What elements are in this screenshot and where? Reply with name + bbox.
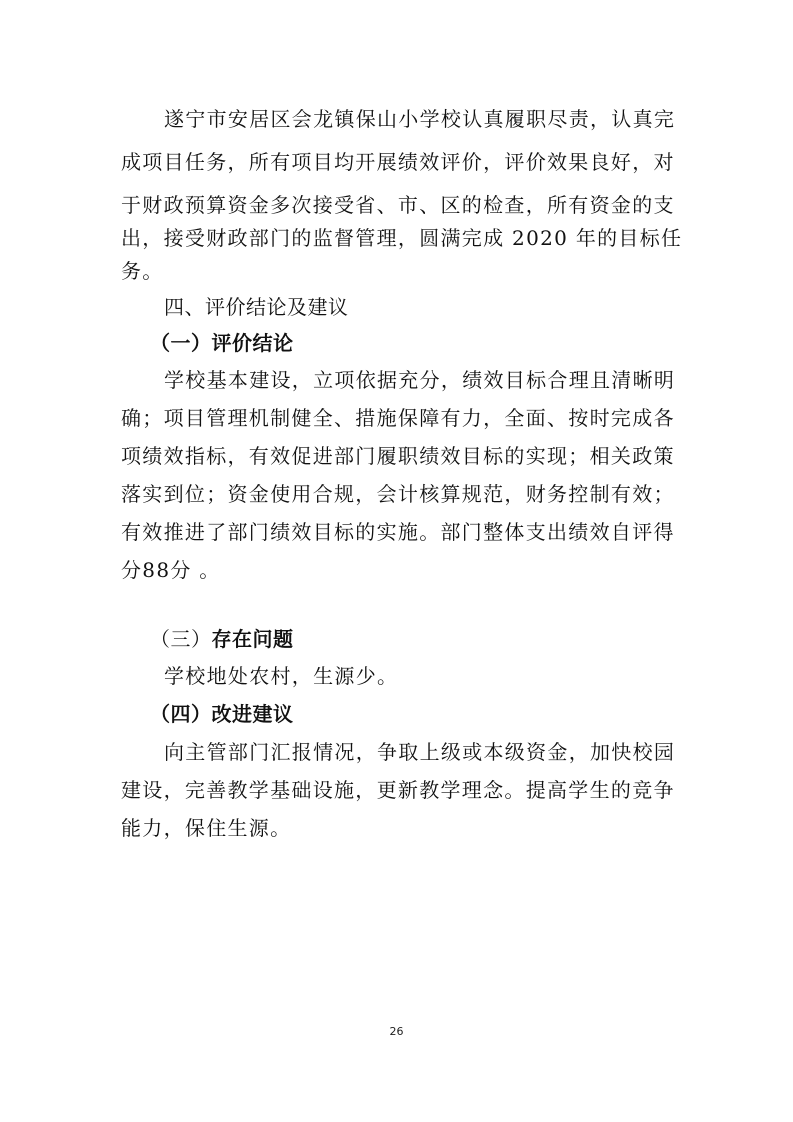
paragraph-line: 向主管部门汇报情况，争取上级或本级资金，加快校园: [164, 740, 734, 764]
paragraph-line: 项绩效指标，有效促进部门履职绩效目标的实现；相关政策: [121, 444, 691, 468]
paragraph-line: 于财政预算资金多次接受省、市、区的检查，所有资金的支: [121, 193, 691, 217]
document-page: 遂宁市安居区会龙镇保山小学校认真履职尽责，认真完 成项目任务，所有项目均开展绩效…: [0, 0, 793, 1122]
subsection-title: （一）评价结论: [150, 331, 720, 355]
paragraph-line: 建设，完善教学基础设施，更新教学理念。提高学生的竞争: [121, 778, 691, 802]
subsection-title-prefix: （三）: [150, 627, 212, 651]
paragraph-line: 落实到位；资金使用合规，会计核算规范，财务控制有效；: [121, 482, 691, 506]
paragraph-line: 遂宁市安居区会龙镇保山小学校认真履职尽责，认真完: [164, 107, 734, 131]
page-number: 26: [0, 1025, 793, 1038]
subsection-title-main: 存在问题: [212, 627, 294, 651]
paragraph-line: 能力，保住生源。: [121, 816, 691, 840]
subsection-title: （四）改进建议: [150, 702, 720, 726]
paragraph-line: 成项目任务，所有项目均开展绩效评价，评价效果良好，对: [121, 150, 691, 174]
paragraph-line: 确；项目管理机制健全、措施保障有力，全面、按时完成各: [121, 406, 691, 430]
paragraph-line: 务。: [121, 259, 691, 283]
paragraph-line: 出，接受财政部门的监督管理，圆满完成 2020 年的目标任: [121, 226, 691, 250]
paragraph-line: 有效推进了部门绩效目标的实施。部门整体支出绩效自评得: [121, 520, 691, 544]
paragraph-line: 分88分 。: [121, 558, 691, 582]
paragraph-line: 学校地处农村，生源少。: [164, 664, 734, 688]
section-heading: 四、评价结论及建议: [164, 295, 734, 319]
subsection-title: （三）存在问题: [150, 627, 720, 651]
paragraph-line: 学校基本建设，立项依据充分，绩效目标合理且清晰明: [164, 368, 734, 392]
